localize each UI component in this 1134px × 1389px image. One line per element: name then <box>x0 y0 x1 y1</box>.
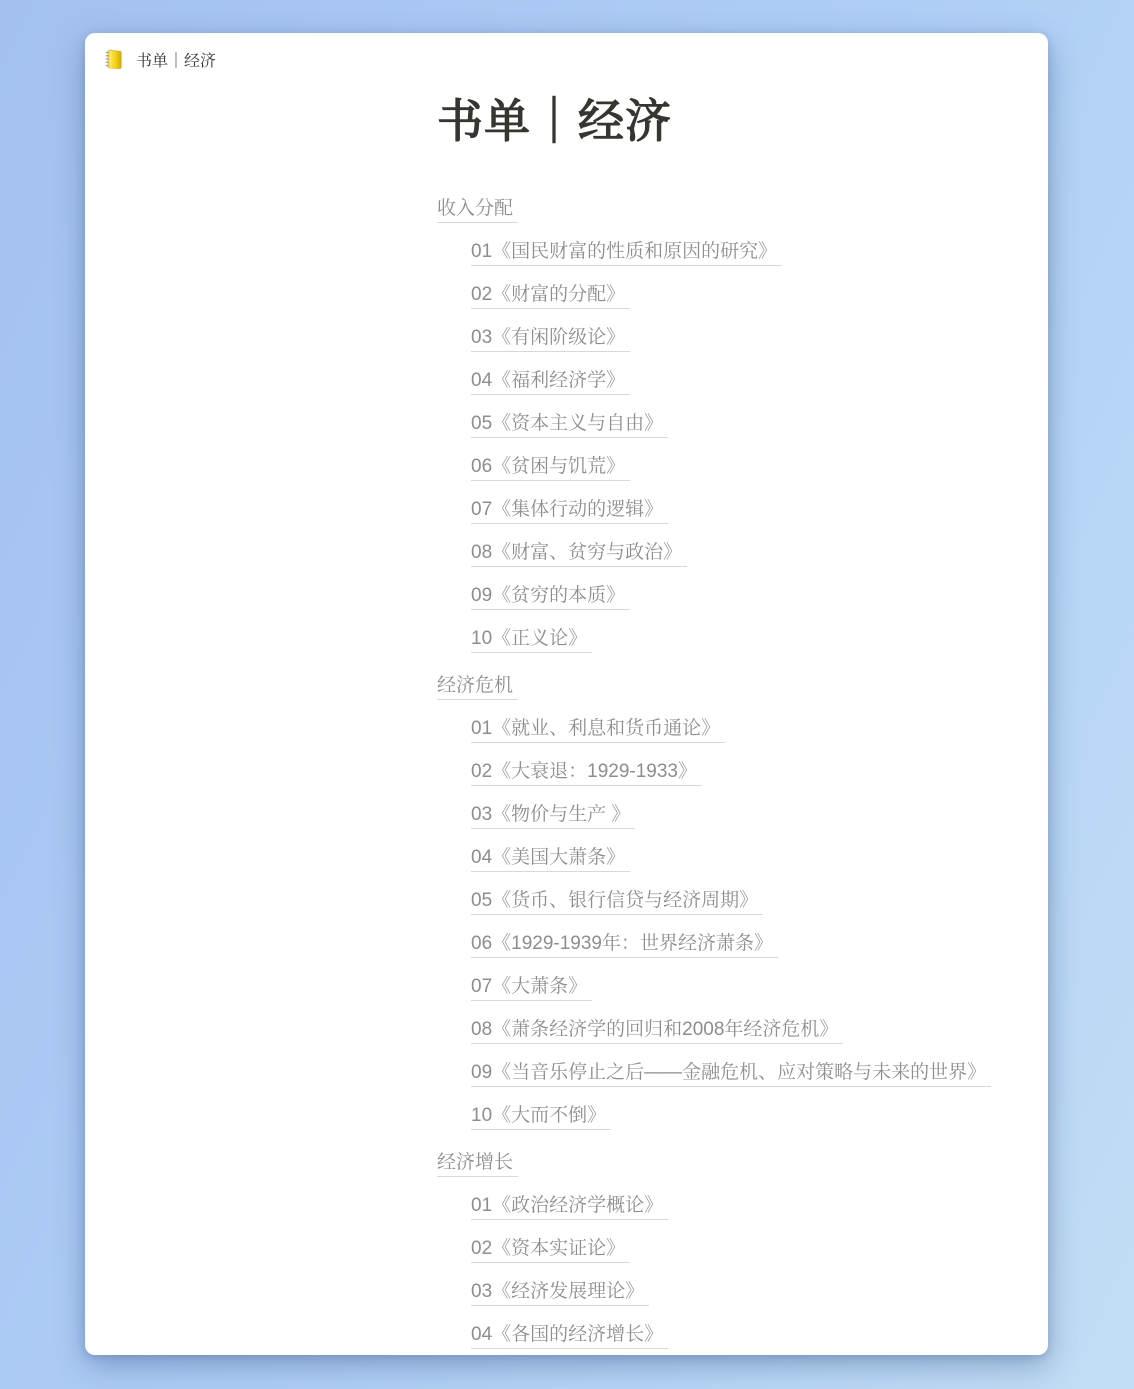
book-link[interactable]: 01《就业、利息和货币通论》 <box>471 718 725 743</box>
breadcrumb-page-title: 书单｜经济 <box>136 48 216 71</box>
section-heading-link[interactable]: 经济增长 <box>437 1152 518 1177</box>
book-row: 07《大萧条》 <box>437 965 1037 1008</box>
book-link[interactable]: 01《国民财富的性质和原因的研究》 <box>471 241 782 266</box>
book-row: 09《贫穷的本质》 <box>437 574 1037 617</box>
book-row: 03《经济发展理论》 <box>437 1270 1037 1313</box>
book-link[interactable]: 07《集体行动的逻辑》 <box>471 499 668 524</box>
ledger-notebook-icon <box>101 46 127 72</box>
section-heading-link[interactable]: 经济危机 <box>437 675 518 700</box>
section-heading-row: 经济增长 <box>437 1141 1037 1184</box>
book-link[interactable]: 02《大衰退：1929-1933》 <box>471 761 702 786</box>
section-heading-link[interactable]: 收入分配 <box>437 198 518 223</box>
book-row: 07《集体行动的逻辑》 <box>437 488 1037 531</box>
book-link[interactable]: 10《正义论》 <box>471 628 592 653</box>
book-link[interactable]: 03《经济发展理论》 <box>471 1281 649 1306</box>
book-link[interactable]: 08《财富、贫穷与政治》 <box>471 542 687 567</box>
book-link[interactable]: 01《政治经济学概论》 <box>471 1195 668 1220</box>
book-row: 10《大而不倒》 <box>437 1094 1037 1137</box>
book-row: 04《福利经济学》 <box>437 359 1037 402</box>
book-row: 08《萧条经济学的回归和2008年经济危机》 <box>437 1008 1037 1051</box>
book-link[interactable]: 04《福利经济学》 <box>471 370 630 395</box>
book-row: 06《贫困与饥荒》 <box>437 445 1037 488</box>
book-row: 01《就业、利息和货币通论》 <box>437 707 1037 750</box>
book-row: 09《当音乐停止之后——金融危机、应对策略与未来的世界》 <box>437 1051 1037 1094</box>
book-link[interactable]: 05《资本主义与自由》 <box>471 413 668 438</box>
book-link[interactable]: 06《1929-1939年：世界经济萧条》 <box>471 933 778 958</box>
book-link[interactable]: 02《财富的分配》 <box>471 284 630 309</box>
book-row: 10《正义论》 <box>437 617 1037 660</box>
book-row: 08《财富、贫穷与政治》 <box>437 531 1037 574</box>
book-list: 收入分配01《国民财富的性质和原因的研究》02《财富的分配》03《有闲阶级论》0… <box>437 187 1037 1356</box>
book-row: 04《各国的经济增长》 <box>437 1313 1037 1356</box>
book-section: 经济危机01《就业、利息和货币通论》02《大衰退：1929-1933》03《物价… <box>437 664 1037 1137</box>
book-row: 02《大衰退：1929-1933》 <box>437 750 1037 793</box>
book-link[interactable]: 06《贫困与饥荒》 <box>471 456 630 481</box>
book-link[interactable]: 07《大萧条》 <box>471 976 592 1001</box>
book-link[interactable]: 03《物价与生产 》 <box>471 804 635 829</box>
book-row: 03《物价与生产 》 <box>437 793 1037 836</box>
book-link[interactable]: 04《美国大萧条》 <box>471 847 630 872</box>
book-row: 05《资本主义与自由》 <box>437 402 1037 445</box>
book-link[interactable]: 02《资本实证论》 <box>471 1238 630 1263</box>
book-row: 01《国民财富的性质和原因的研究》 <box>437 230 1037 273</box>
section-heading-row: 收入分配 <box>437 187 1037 230</box>
book-link[interactable]: 04《各国的经济增长》 <box>471 1324 668 1349</box>
breadcrumb[interactable]: 书单｜经济 <box>95 44 222 74</box>
note-page-card: 书单｜经济 书单｜经济 收入分配01《国民财富的性质和原因的研究》02《财富的分… <box>85 33 1048 1355</box>
book-link[interactable]: 05《货币、银行信贷与经济周期》 <box>471 890 763 915</box>
book-link[interactable]: 09《当音乐停止之后——金融危机、应对策略与未来的世界》 <box>471 1062 991 1087</box>
book-row: 04《美国大萧条》 <box>437 836 1037 879</box>
page-content: 书单｜经济 收入分配01《国民财富的性质和原因的研究》02《财富的分配》03《有… <box>437 91 1037 1356</box>
book-link[interactable]: 03《有闲阶级论》 <box>471 327 630 352</box>
page-title: 书单｜经济 <box>437 91 1037 151</box>
book-section: 收入分配01《国民财富的性质和原因的研究》02《财富的分配》03《有闲阶级论》0… <box>437 187 1037 660</box>
book-row: 02《财富的分配》 <box>437 273 1037 316</box>
book-row: 06《1929-1939年：世界经济萧条》 <box>437 922 1037 965</box>
desktop-background: 书单｜经济 书单｜经济 收入分配01《国民财富的性质和原因的研究》02《财富的分… <box>0 0 1134 1389</box>
section-heading-row: 经济危机 <box>437 664 1037 707</box>
book-row: 03《有闲阶级论》 <box>437 316 1037 359</box>
book-row: 05《货币、银行信贷与经济周期》 <box>437 879 1037 922</box>
book-row: 02《资本实证论》 <box>437 1227 1037 1270</box>
book-link[interactable]: 10《大而不倒》 <box>471 1105 611 1130</box>
book-link[interactable]: 09《贫穷的本质》 <box>471 585 630 610</box>
book-section: 经济增长01《政治经济学概论》02《资本实证论》03《经济发展理论》04《各国的… <box>437 1141 1037 1356</box>
book-row: 01《政治经济学概论》 <box>437 1184 1037 1227</box>
book-link[interactable]: 08《萧条经济学的回归和2008年经济危机》 <box>471 1019 843 1044</box>
